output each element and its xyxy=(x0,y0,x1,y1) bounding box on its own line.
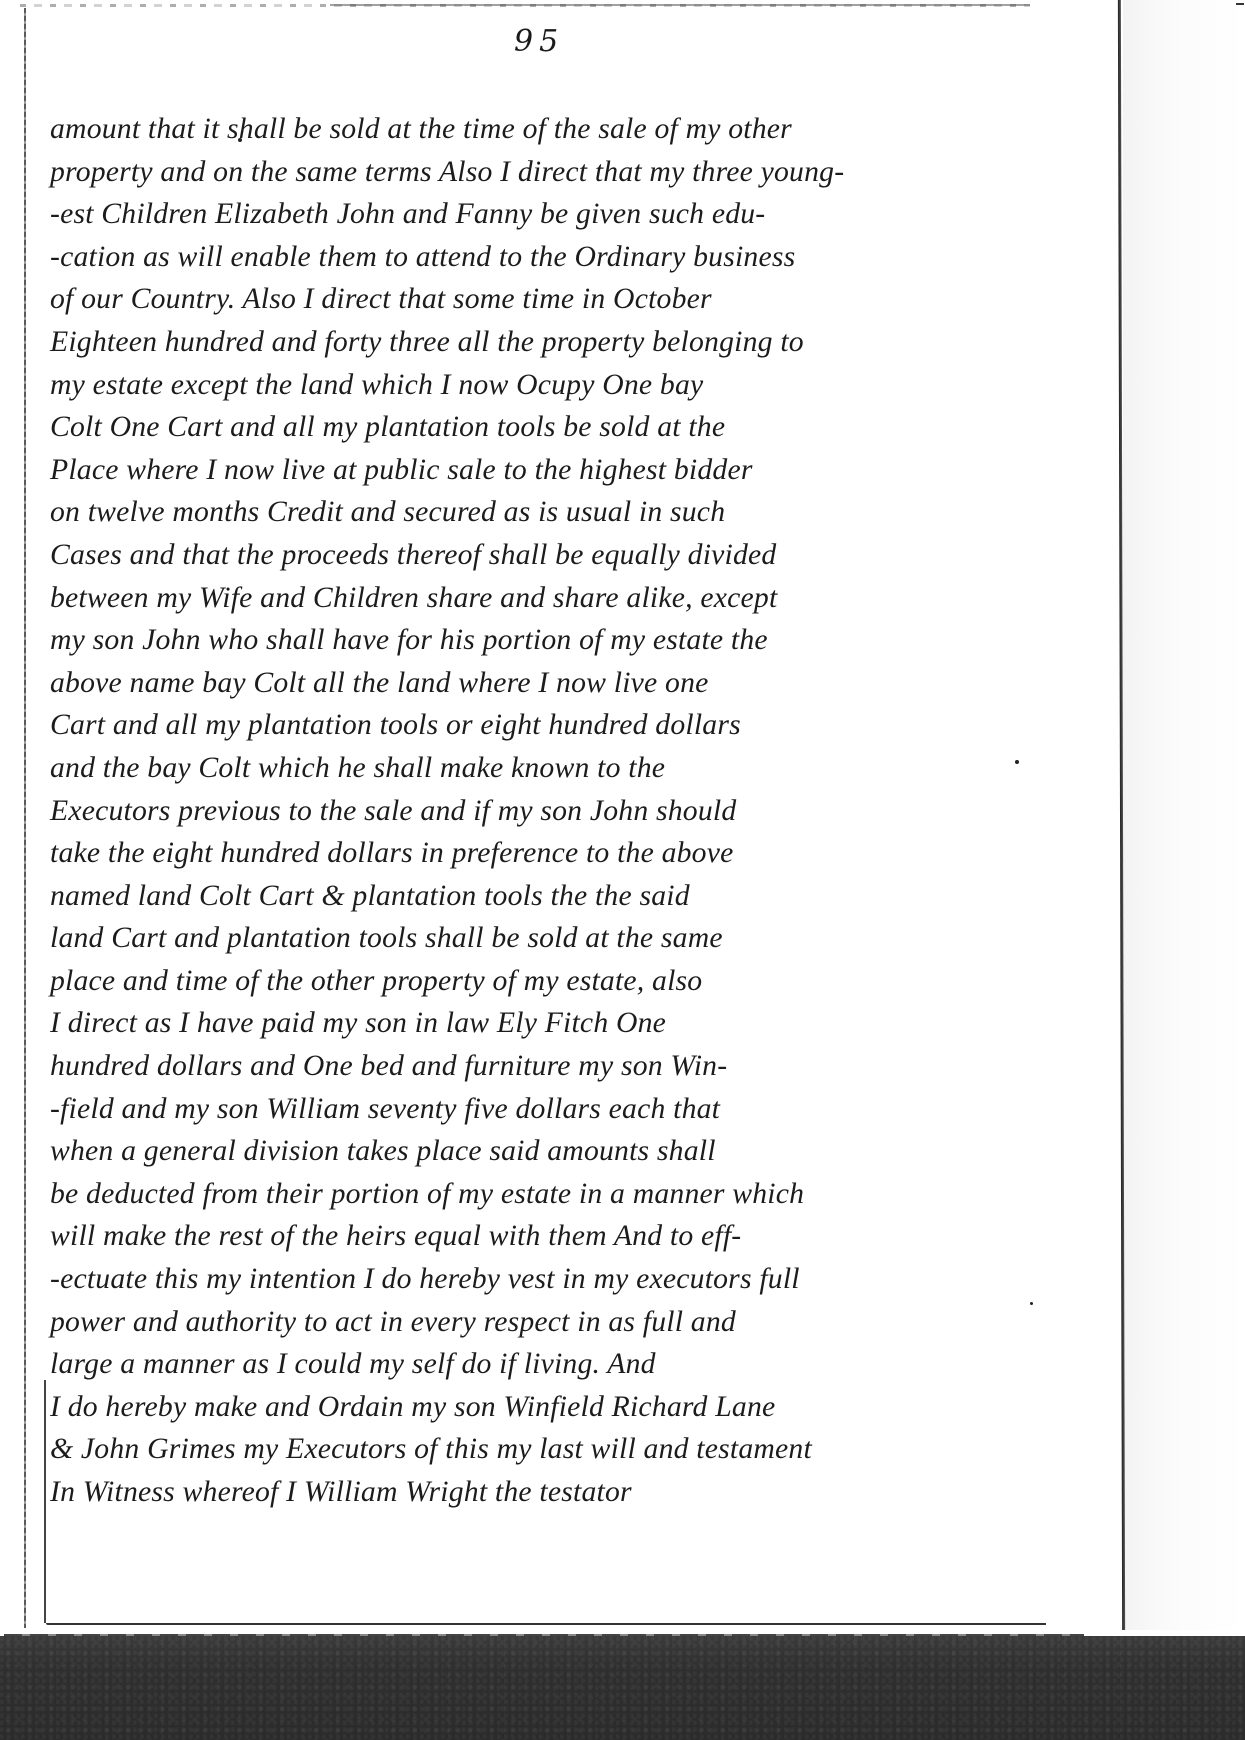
text-line: Executors previous to the sale and if my… xyxy=(50,790,1050,833)
text-line: above name bay Colt all the land where I… xyxy=(50,662,1050,705)
text-line: be deducted from their portion of my est… xyxy=(50,1173,1050,1216)
text-line: my son John who shall have for his porti… xyxy=(50,619,1050,662)
adjacent-page-margin xyxy=(1123,0,1245,1630)
left-inner-border xyxy=(44,1380,46,1623)
scanned-page: 95 amount that it shall be sold at the t… xyxy=(0,0,1245,1740)
text-line: named land Colt Cart & plantation tools … xyxy=(50,875,1050,918)
scanner-bed-background xyxy=(0,1636,1245,1740)
text-line: on twelve months Credit and secured as i… xyxy=(50,491,1050,534)
left-page-border xyxy=(24,8,26,1628)
text-line: place and time of the other property of … xyxy=(50,960,1050,1003)
page-number: 95 xyxy=(514,24,564,59)
top-edge-line xyxy=(330,4,1030,6)
text-line: of our Country. Also I direct that some … xyxy=(50,278,1050,321)
text-line: Cases and that the proceeds thereof shal… xyxy=(50,534,1050,577)
text-line: large a manner as I could my self do if … xyxy=(50,1343,1050,1386)
text-line: my estate except the land which I now Oc… xyxy=(50,364,1050,407)
text-line: Colt One Cart and all my plantation tool… xyxy=(50,406,1050,449)
text-line: Eighteen hundred and forty three all the… xyxy=(50,321,1050,364)
text-line: property and on the same terms Also I di… xyxy=(50,151,1050,194)
text-line: amount that it shall be sold at the time… xyxy=(50,108,1050,151)
bottom-page-border xyxy=(46,1623,1046,1625)
handwritten-text-block: amount that it shall be sold at the time… xyxy=(50,108,1060,1514)
text-line: Place where I now live at public sale to… xyxy=(50,449,1050,492)
scan-speck xyxy=(1236,3,1244,5)
text-line: Cart and all my plantation tools or eigh… xyxy=(50,704,1050,747)
text-line: -ectuate this my intention I do hereby v… xyxy=(50,1258,1050,1301)
text-line: between my Wife and Children share and s… xyxy=(50,577,1050,620)
text-line: I direct as I have paid my son in law El… xyxy=(50,1002,1050,1045)
text-line: take the eight hundred dollars in prefer… xyxy=(50,832,1050,875)
text-line: -est Children Elizabeth John and Fanny b… xyxy=(50,193,1050,236)
text-line: In Witness whereof I William Wright the … xyxy=(50,1471,1050,1514)
text-line: I do hereby make and Ordain my son Winfi… xyxy=(50,1386,1050,1429)
text-line: -field and my son William seventy five d… xyxy=(50,1088,1050,1131)
text-line: -cation as will enable them to attend to… xyxy=(50,236,1050,279)
text-line: & John Grimes my Executors of this my la… xyxy=(50,1428,1050,1471)
text-line: and the bay Colt which he shall make kno… xyxy=(50,747,1050,790)
text-line: hundred dollars and One bed and furnitur… xyxy=(50,1045,1050,1088)
text-line: power and authority to act in every resp… xyxy=(50,1301,1050,1344)
text-line: will make the rest of the heirs equal wi… xyxy=(50,1215,1050,1258)
text-line: when a general division takes place said… xyxy=(50,1130,1050,1173)
text-line: land Cart and plantation tools shall be … xyxy=(50,917,1050,960)
